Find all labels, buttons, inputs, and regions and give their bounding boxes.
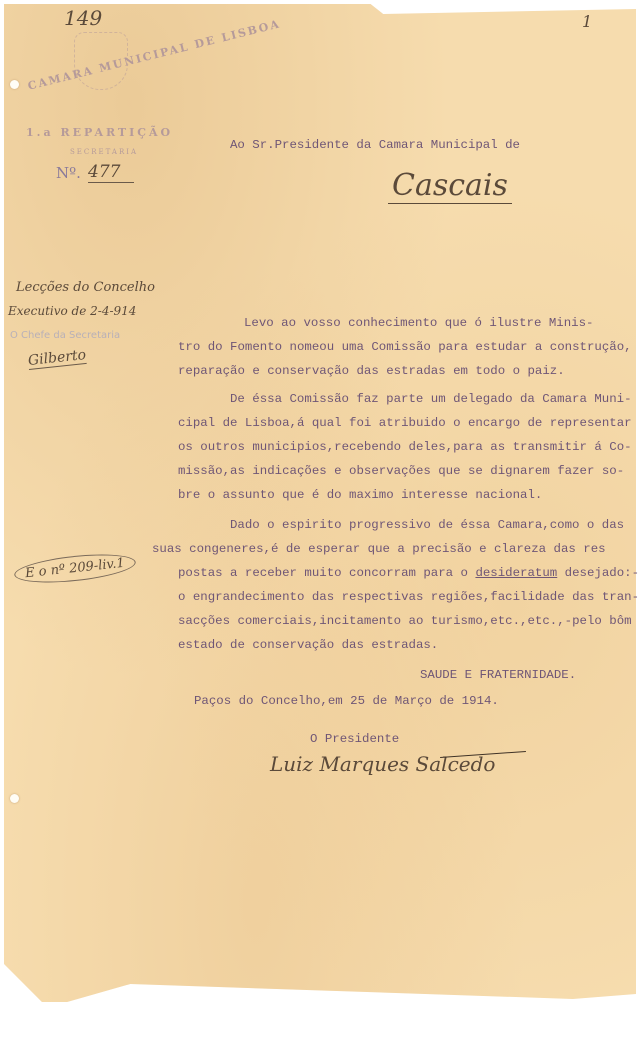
signatory-title: O Presidente bbox=[310, 732, 399, 746]
archive-number: 149 bbox=[64, 6, 102, 30]
addressee-handwritten: Cascais bbox=[388, 168, 512, 204]
punch-hole bbox=[10, 80, 19, 89]
body-line: missão,as indicações e observações que s… bbox=[178, 464, 624, 478]
stamp-reference-prefix: Nº. bbox=[56, 164, 81, 182]
addressee: Ao Sr.Presidente da Camara Municipal de bbox=[230, 138, 520, 152]
body-text: desejado:- bbox=[557, 566, 639, 580]
body-line: tro do Fomento nomeou uma Comissão para … bbox=[178, 340, 632, 354]
body-line: sacções comerciais,incitamento ao turism… bbox=[178, 614, 632, 628]
body-line: bre o assunto que é do maximo interesse … bbox=[178, 488, 542, 502]
stamp-department: 1.a REPARTIÇÃO bbox=[26, 126, 173, 139]
body-text: postas a receber muito concorram para o bbox=[178, 566, 475, 580]
stamp-section: SECRETARIA bbox=[70, 148, 138, 156]
place-date: Paços do Concelho,em 25 de Março de 1914… bbox=[194, 694, 499, 708]
stamp-reference-number: 477 bbox=[88, 162, 134, 183]
body-line: reparação e conservação das estradas em … bbox=[178, 364, 565, 378]
body-line: suas congeneres,é de esperar que a preci… bbox=[152, 542, 606, 556]
body-line: De éssa Comissão faz parte um delegado d… bbox=[230, 392, 632, 406]
underlined-term: desideratum bbox=[475, 566, 557, 580]
body-line: o engrandecimento das respectivas regiõe… bbox=[178, 590, 639, 604]
page-number: 1 bbox=[582, 12, 592, 31]
body-line: postas a receber muito concorram para o … bbox=[178, 566, 639, 580]
chefe-stamp: O Chefe da Secretaria bbox=[10, 330, 120, 341]
body-line: Dado o espirito progressivo de éssa Cama… bbox=[230, 518, 624, 532]
body-line: cipal de Lisboa,á qual foi atribuido o e… bbox=[178, 416, 632, 430]
body-line: Levo ao vosso conhecimento que ó ilustre… bbox=[244, 316, 593, 330]
margin-note-line1: Lecções do Concelho bbox=[16, 280, 155, 295]
closing: SAUDE E FRATERNIDADE. bbox=[420, 668, 576, 682]
punch-hole bbox=[10, 794, 19, 803]
margin-note-line2: Executivo de 2-4-914 bbox=[8, 304, 136, 318]
body-line: estado de conservação das estradas. bbox=[178, 638, 438, 652]
body-line: os outros municipios,recebendo deles,par… bbox=[178, 440, 632, 454]
